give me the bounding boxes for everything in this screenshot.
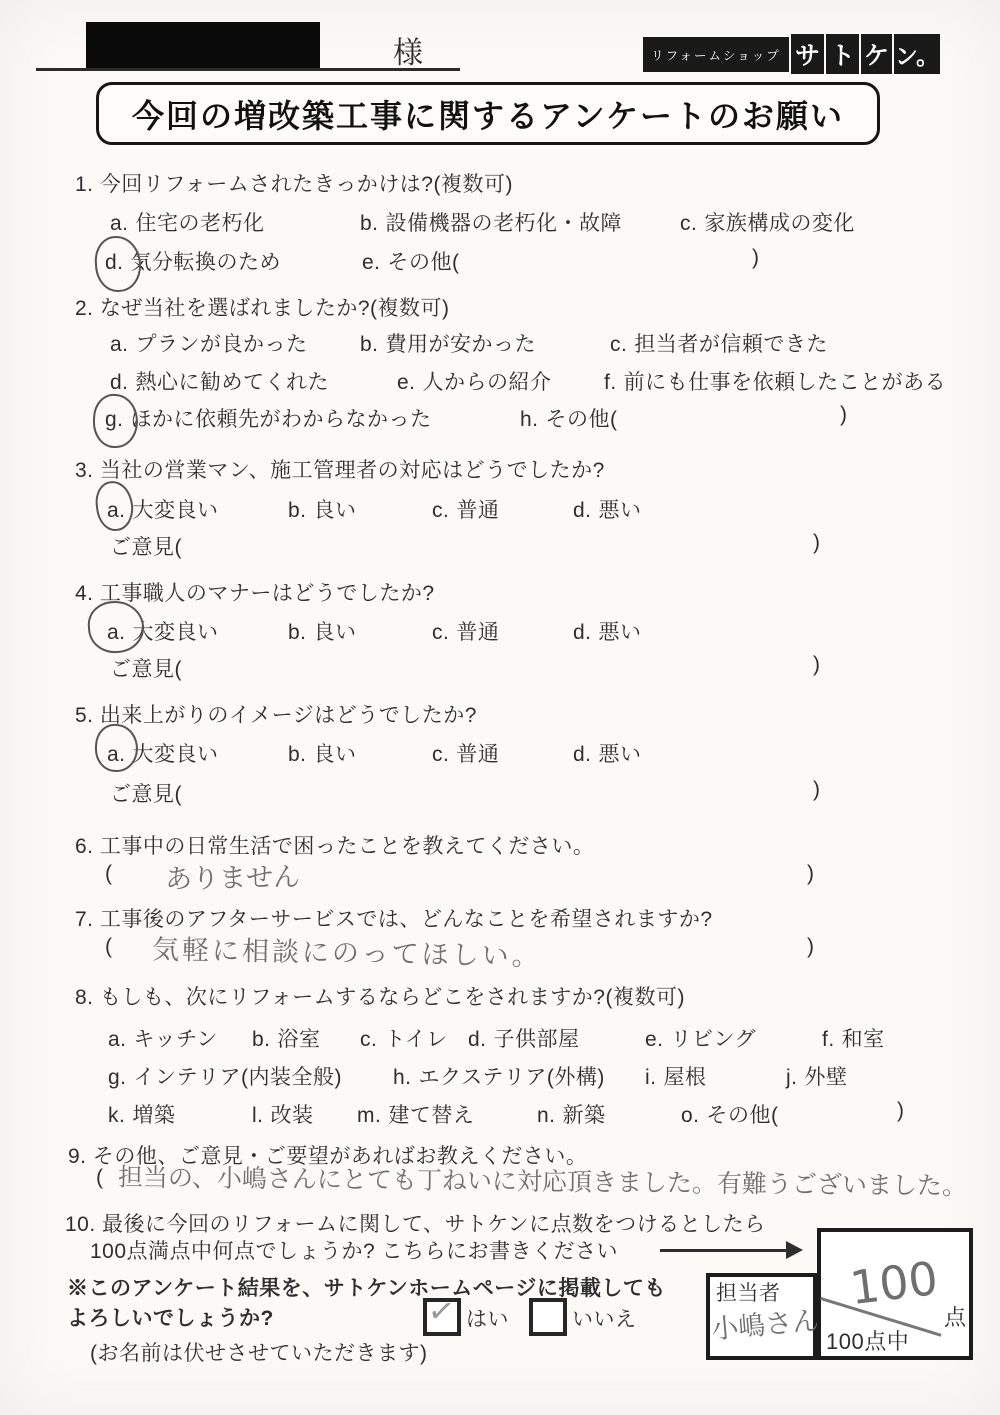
score-unit-label: 点 [944, 1301, 967, 1332]
q4-option-d: d.悪い [573, 616, 642, 646]
name-underline [36, 68, 460, 71]
logo-block-1: サ [791, 34, 824, 74]
q1-option-e: e.その他( [362, 246, 460, 276]
q2-option-g: g.ほかに依頼先がわからなかった [105, 403, 432, 433]
q8-option-d: d.子供部屋 [468, 1023, 580, 1053]
q6-close-paren: ) [807, 862, 815, 886]
q1-option-a: a.住宅の老朽化 [110, 207, 265, 237]
q8-option-m: m.建て替え [357, 1099, 474, 1129]
honorific-label: 様 [393, 28, 424, 72]
yes-label: はい [466, 1303, 509, 1333]
score-arrow-head [786, 1241, 803, 1259]
q7-close-paren: ) [807, 935, 815, 959]
q8-option-h: h.エクステリア(外構) [393, 1061, 605, 1091]
handwritten-circle-q3-a [93, 479, 135, 533]
q6-open-paren: ( [105, 862, 113, 886]
q3-comment-label: ご意見( [110, 531, 182, 561]
yes-checkbox-checkmark: ✓ [425, 1290, 457, 1331]
q6-heading: 6. 工事中の日常生活で困ったことを教えてください。 [75, 830, 594, 860]
q8-option-o-close-paren: ) [897, 1099, 905, 1123]
q3-option-d: d.悪い [573, 494, 642, 524]
logo-block-3: ケ [861, 34, 892, 74]
q5-comment-close-paren: ) [813, 778, 821, 802]
q5-comment-label: ご意見( [110, 778, 182, 808]
logo-block-4: ン。 [894, 34, 940, 74]
q2-option-h-close-paren: ) [840, 403, 848, 427]
score-arrow-line [660, 1249, 788, 1252]
score-handwritten-value: 100 [847, 1251, 941, 1315]
redacted-customer-name [86, 22, 320, 68]
q8-option-i: i.屋根 [645, 1061, 707, 1091]
q8-option-j: j.外壁 [786, 1061, 848, 1091]
q3-option-c: c.普通 [432, 494, 499, 524]
q10-line1: 10. 最後に今回のリフォームに関して、サトケンに点数をつけるとしたら [65, 1208, 766, 1238]
form-title-box: 今回の増改築工事に関するアンケートのお願い [96, 82, 880, 145]
q8-option-a: a.キッチン [108, 1023, 218, 1053]
q6-handwritten-answer: ありません [165, 855, 301, 896]
q4-comment-label: ご意見( [110, 653, 182, 683]
logo-block-2: ト [826, 34, 859, 74]
q2-option-a: a.プランが良かった [110, 328, 308, 358]
q1-option-c: c.家族構成の変化 [680, 207, 855, 237]
q2-option-f: f.前にも仕事を依頼したことがある [604, 366, 946, 396]
q2-option-c: c.担当者が信頼できた [610, 328, 828, 358]
q8-option-l: l.改装 [252, 1099, 314, 1129]
q2-heading: 2. なぜ当社を選ばれましたか?(複数可) [75, 292, 450, 322]
q7-handwritten-answer: 気軽に相談にのってほしい。 [152, 928, 542, 974]
q2-option-e: e.人からの紹介 [397, 366, 552, 396]
q4-option-b: b.良い [288, 616, 357, 646]
q5-option-b: b.良い [288, 738, 357, 768]
handwritten-circle-q2-g [92, 393, 139, 449]
q4-option-c: c.普通 [432, 616, 499, 646]
q8-heading: 8. もしも、次にリフォームするならどこをされますか?(複数可) [75, 981, 685, 1011]
q1-heading: 1. 今回リフォームされたきっかけは?(複数可) [75, 168, 513, 198]
no-checkbox[interactable] [529, 1298, 567, 1336]
q8-option-o: o.その他( [681, 1099, 779, 1129]
q3-comment-close-paren: ) [813, 531, 821, 555]
publish-note-line1: ※このアンケート結果を、サトケンホームページに掲載しても [67, 1272, 666, 1302]
handwritten-circle-q1-d [94, 235, 143, 293]
q4-heading: 4. 工事職人のマナーはどうでしたか? [75, 577, 435, 607]
publish-note-line2: よろしいでしょうか? [67, 1302, 274, 1332]
q2-option-d: d.熱心に勧めてくれた [110, 366, 329, 396]
score-denominator-label: 100点中 [826, 1325, 909, 1356]
q8-option-g: g.インテリア(内装全般) [108, 1061, 342, 1091]
q3-option-b: b.良い [288, 494, 357, 524]
q2-option-b: b.費用が安かった [360, 328, 536, 358]
q10-line2: 100点満点中何点でしょうか? こちらにお書きください [90, 1235, 618, 1265]
q8-option-k: k.増築 [108, 1099, 175, 1129]
q8-option-b: b.浴室 [252, 1023, 321, 1053]
q4-comment-close-paren: ) [813, 653, 821, 677]
q9-handwritten-answer: 担当の、小嶋さんにとても丁ねいに対応頂きました。有難うございました。 [118, 1158, 967, 1203]
q1-option-b: b.設備機器の老朽化・故障 [360, 207, 622, 237]
q5-heading: 5. 出来上がりのイメージはどうでしたか? [75, 699, 477, 729]
q8-option-f: f.和室 [822, 1023, 885, 1053]
q5-option-c: c.普通 [432, 738, 499, 768]
handwritten-circle-q4-a [86, 599, 145, 655]
form-title: 今回の増改築工事に関するアンケートのお願い [132, 91, 844, 137]
q5-option-d: d.悪い [573, 738, 642, 768]
q1-option-e-close-paren: ) [752, 246, 760, 270]
q3-heading: 3. 当社の営業マン、施工管理者の対応はどうでしたか? [75, 454, 605, 484]
scanned-survey-page: 様 リフォームショップ サ ト ケ ン。 今回の増改築工事に関するアンケートのお… [0, 0, 1000, 1415]
q2-option-h: h.その他( [520, 403, 618, 433]
q8-option-c: c.トイレ [360, 1023, 448, 1053]
no-label: いいえ [572, 1303, 637, 1333]
logo-prefix-badge: リフォームショップ [643, 37, 789, 72]
privacy-note: (お名前は伏せさせていただきます) [90, 1337, 428, 1367]
q9-open-paren: ( [96, 1166, 104, 1190]
q8-option-e: e.リビング [645, 1023, 756, 1053]
q8-option-n: n.新築 [537, 1099, 606, 1129]
q7-open-paren: ( [105, 935, 113, 959]
